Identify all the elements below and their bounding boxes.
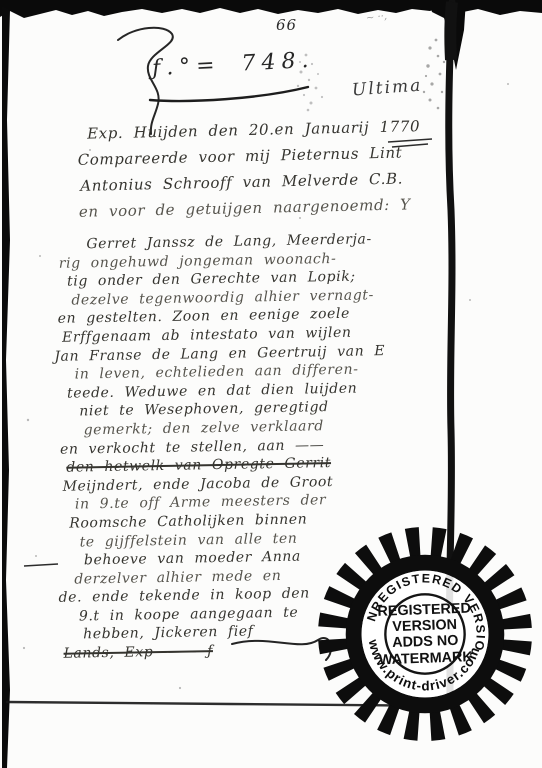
- page-number: 66: [276, 16, 297, 34]
- corner-annotation: Ultima: [351, 76, 423, 101]
- left-binding-edge: [2, 6, 10, 768]
- top-margin-scribble: ~ ··,: [365, 11, 387, 24]
- svg-text:REGISTERED: REGISTERED: [377, 601, 471, 620]
- watermark-stamp: UNREGISTERED VERSION www.print-driver.co…: [316, 525, 534, 743]
- opening-paragraph: Exp. Huijden den 20.en Januarij 1770Comp…: [77, 114, 422, 226]
- pen-flourish: [118, 28, 173, 134]
- svg-text:ADDS NO: ADDS NO: [392, 633, 459, 651]
- scanned-document-page: 66 ƒ.°= 748. Ultima ~ ··, Exp. Huijden d…: [0, 0, 542, 768]
- margin-dash: [24, 564, 58, 566]
- svg-text:WATERMARK: WATERMARK: [379, 649, 474, 668]
- folio-underline-swoosh: [150, 87, 308, 101]
- top-right-dark-blob: [428, 0, 466, 70]
- page-fold-line-top-thick: [450, 2, 452, 60]
- folio-number: ƒ.°= 748.: [151, 48, 315, 81]
- torn-top-edge: [0, 0, 542, 18]
- fold-smudge: [423, 39, 445, 110]
